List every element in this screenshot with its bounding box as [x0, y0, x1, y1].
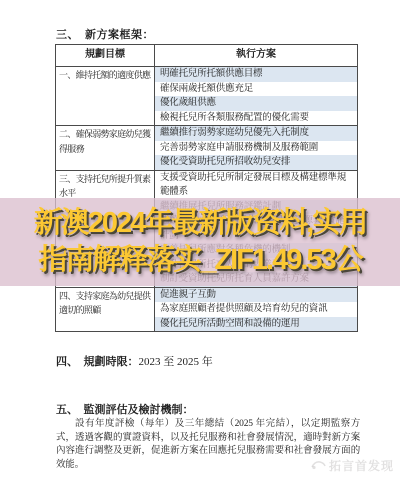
section4-value: 2023 至 2025 年	[139, 356, 213, 368]
table-row-group: 二、確保弱勢家庭幼兒獲得服務繼續推行弱勢家庭幼兒優先入托制度完善弱勢家庭申請服務…	[56, 125, 357, 170]
column-header-goal: 規劃目標	[56, 45, 155, 66]
spam-overlay-banner: 新澳2024年最新版资料,实用 指南解释落实_ZIF1.49.53公	[0, 198, 400, 286]
action-cell: 完善弱勢家庭申請服務機制及服務範圍	[155, 141, 357, 156]
action-cell: 優化托兒所活動空間和設備的運用	[155, 317, 357, 332]
goal-cell: 二、確保弱勢家庭幼兒獲得服務	[56, 126, 155, 170]
table-row-group: 一、維持托額的適度供應明確托兒所托額供應目標確保兩歲托額供應充足優化歲組供應檢視…	[56, 66, 357, 125]
action-cell: 明確托兒所托額供應目標	[155, 67, 357, 82]
action-cell: 支援受資助托兒所制定發展目標及構建標準規範體系	[155, 171, 357, 200]
watermark-text: 拓言首发现	[329, 457, 394, 474]
actions-cell-stack: 明確托兒所托額供應目標確保兩歲托額供應充足優化歲組供應檢視托兒所各類服務配置的優…	[155, 67, 357, 125]
action-cell: 優化受資助托兒所招收幼兒安排	[155, 155, 357, 170]
goal-cell: 一、維持托額的適度供應	[56, 67, 155, 125]
action-cell: 促進親子互動	[155, 288, 357, 303]
goal-cell: 四、支持家庭為幼兒提供適切的照顧	[56, 288, 155, 332]
table-header-row: 規劃目標 執行方案	[56, 45, 357, 66]
actions-cell-stack: 促進親子互動為家庭照顧者提供照顧及培育幼兒的資訊優化托兒所活動空間和設備的運用	[155, 288, 357, 332]
table-row-group: 四、支持家庭為幼兒提供適切的照顧促進親子互動為家庭照顧者提供照顧及培育幼兒的資訊…	[56, 287, 357, 332]
section3-heading: 三、 新方案框架：	[56, 26, 154, 42]
action-cell: 為家庭照顧者提供照顧及培育幼兒的資訊	[155, 302, 357, 317]
plan-table: 規劃目標 執行方案 一、維持托額的適度供應明確托兒所托額供應目標確保兩歲托額供應…	[55, 44, 358, 332]
action-cell: 優化歲組供應	[155, 96, 357, 111]
section4-heading: 四、 規劃時限：2023 至 2025 年	[56, 353, 213, 369]
overlay-text-line2: 指南解释落实_ZIF1.49.53公	[38, 242, 361, 279]
action-cell: 檢視托兒所各類服務配置的優化需要	[155, 111, 357, 126]
actions-cell-stack: 繼續推行弱勢家庭幼兒優先入托制度完善弱勢家庭申請服務機制及服務範圍優化受資助托兒…	[155, 126, 357, 170]
watermark-logo-icon	[311, 460, 326, 471]
watermark: 拓言首发现	[311, 457, 394, 474]
section4-label: 四、 規劃時限：	[56, 356, 139, 368]
document-page: 三、 新方案框架： 規劃目標 執行方案 一、維持托額的適度供應明確托兒所托額供應…	[0, 0, 400, 484]
action-cell: 確保兩歲托額供應充足	[155, 82, 357, 97]
overlay-text-line1: 新澳2024年最新版资料,实用	[34, 205, 367, 242]
action-cell: 繼續推行弱勢家庭幼兒優先入托制度	[155, 126, 357, 141]
column-header-action: 執行方案	[155, 45, 357, 66]
section5-heading: 五、 監測評估及檢討機制：	[56, 401, 194, 417]
